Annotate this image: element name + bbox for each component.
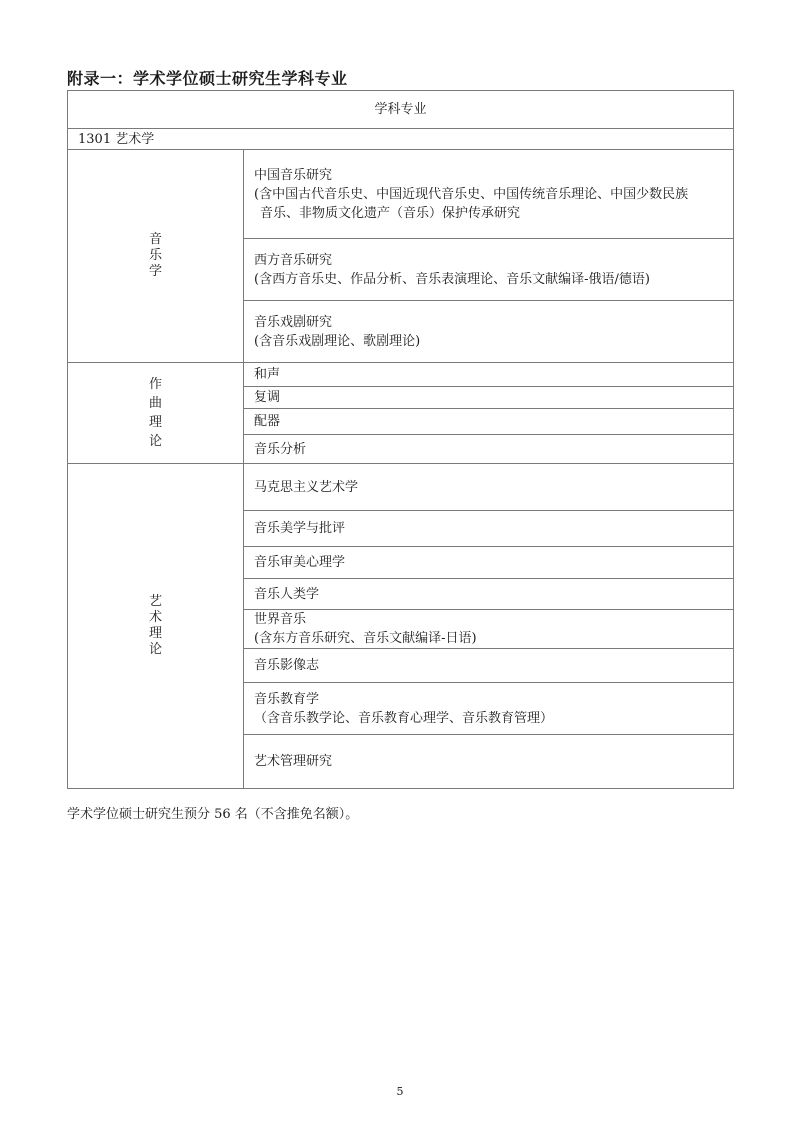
list-item: 复调 xyxy=(244,387,734,409)
table-header-row: 学科专业 xyxy=(68,91,734,129)
group-label: 音乐学 xyxy=(148,232,164,280)
list-item: 马克思主义艺术学 xyxy=(244,464,734,511)
table-row: 音乐学 中国音乐研究 (含中国古代音乐史、中国近现代音乐史、中国传统音乐理论、中… xyxy=(68,150,734,239)
list-item: 音乐教育学 （含音乐教学论、音乐教育心理学、音乐教育管理） xyxy=(244,683,734,735)
item-detail: (含东方音乐研究、音乐文献编译-日语) xyxy=(254,629,723,648)
item-detail: (含音乐戏剧理论、歌剧理论) xyxy=(254,332,723,351)
list-item: 音乐美学与批评 xyxy=(244,511,734,547)
list-item: 配器 xyxy=(244,409,734,435)
table-row: 作曲理论 和声 xyxy=(68,363,734,387)
list-item: 和声 xyxy=(244,363,734,387)
item-detail: (含中国古代音乐史、中国近现代音乐史、中国传统音乐理论、中国少数民族 xyxy=(254,185,723,204)
list-item: 西方音乐研究 (含西方音乐史、作品分析、音乐表演理论、音乐文献编译-俄语/德语) xyxy=(244,239,734,301)
item-label: 中国音乐研究 xyxy=(254,166,723,185)
list-item: 世界音乐 (含东方音乐研究、音乐文献编译-日语) xyxy=(244,610,734,649)
item-detail: 音乐、非物质文化遗产（音乐）保护传承研究 xyxy=(254,204,723,223)
group-cell-musicology: 音乐学 xyxy=(68,150,244,363)
item-label: 西方音乐研究 xyxy=(254,251,723,270)
item-label: 音乐戏剧研究 xyxy=(254,313,723,332)
group-cell-composition-theory: 作曲理论 xyxy=(68,363,244,464)
group-cell-art-theory: 艺术理论 xyxy=(68,464,244,789)
page-number: 5 xyxy=(0,1085,800,1098)
group-label: 作曲理论 xyxy=(148,375,164,451)
group-label: 艺术理论 xyxy=(148,594,164,658)
list-item: 艺术管理研究 xyxy=(244,735,734,789)
section-title: 1301 艺术学 xyxy=(68,129,734,150)
list-item: 音乐戏剧研究 (含音乐戏剧理论、歌剧理论) xyxy=(244,301,734,363)
list-item: 音乐分析 xyxy=(244,435,734,464)
discipline-table: 学科专业 1301 艺术学 音乐学 中国音乐研究 (含中国古代音乐史、中国近现代… xyxy=(67,90,734,789)
page-title: 附录一：学术学位硕士研究生学科专业 xyxy=(67,66,348,89)
table-header: 学科专业 xyxy=(68,91,734,129)
section-row: 1301 艺术学 xyxy=(68,129,734,150)
list-item: 中国音乐研究 (含中国古代音乐史、中国近现代音乐史、中国传统音乐理论、中国少数民… xyxy=(244,150,734,239)
list-item: 音乐影像志 xyxy=(244,649,734,683)
item-detail: (含西方音乐史、作品分析、音乐表演理论、音乐文献编译-俄语/德语) xyxy=(254,270,723,289)
item-label: 世界音乐 xyxy=(254,610,723,629)
list-item: 音乐人类学 xyxy=(244,579,734,610)
table-row: 艺术理论 马克思主义艺术学 xyxy=(68,464,734,511)
item-label: 音乐教育学 xyxy=(254,690,723,709)
item-detail: （含音乐教学论、音乐教育心理学、音乐教育管理） xyxy=(254,709,723,728)
quota-note: 学术学位硕士研究生预分 56 名（不含推免名额）。 xyxy=(67,803,358,822)
list-item: 音乐审美心理学 xyxy=(244,547,734,579)
